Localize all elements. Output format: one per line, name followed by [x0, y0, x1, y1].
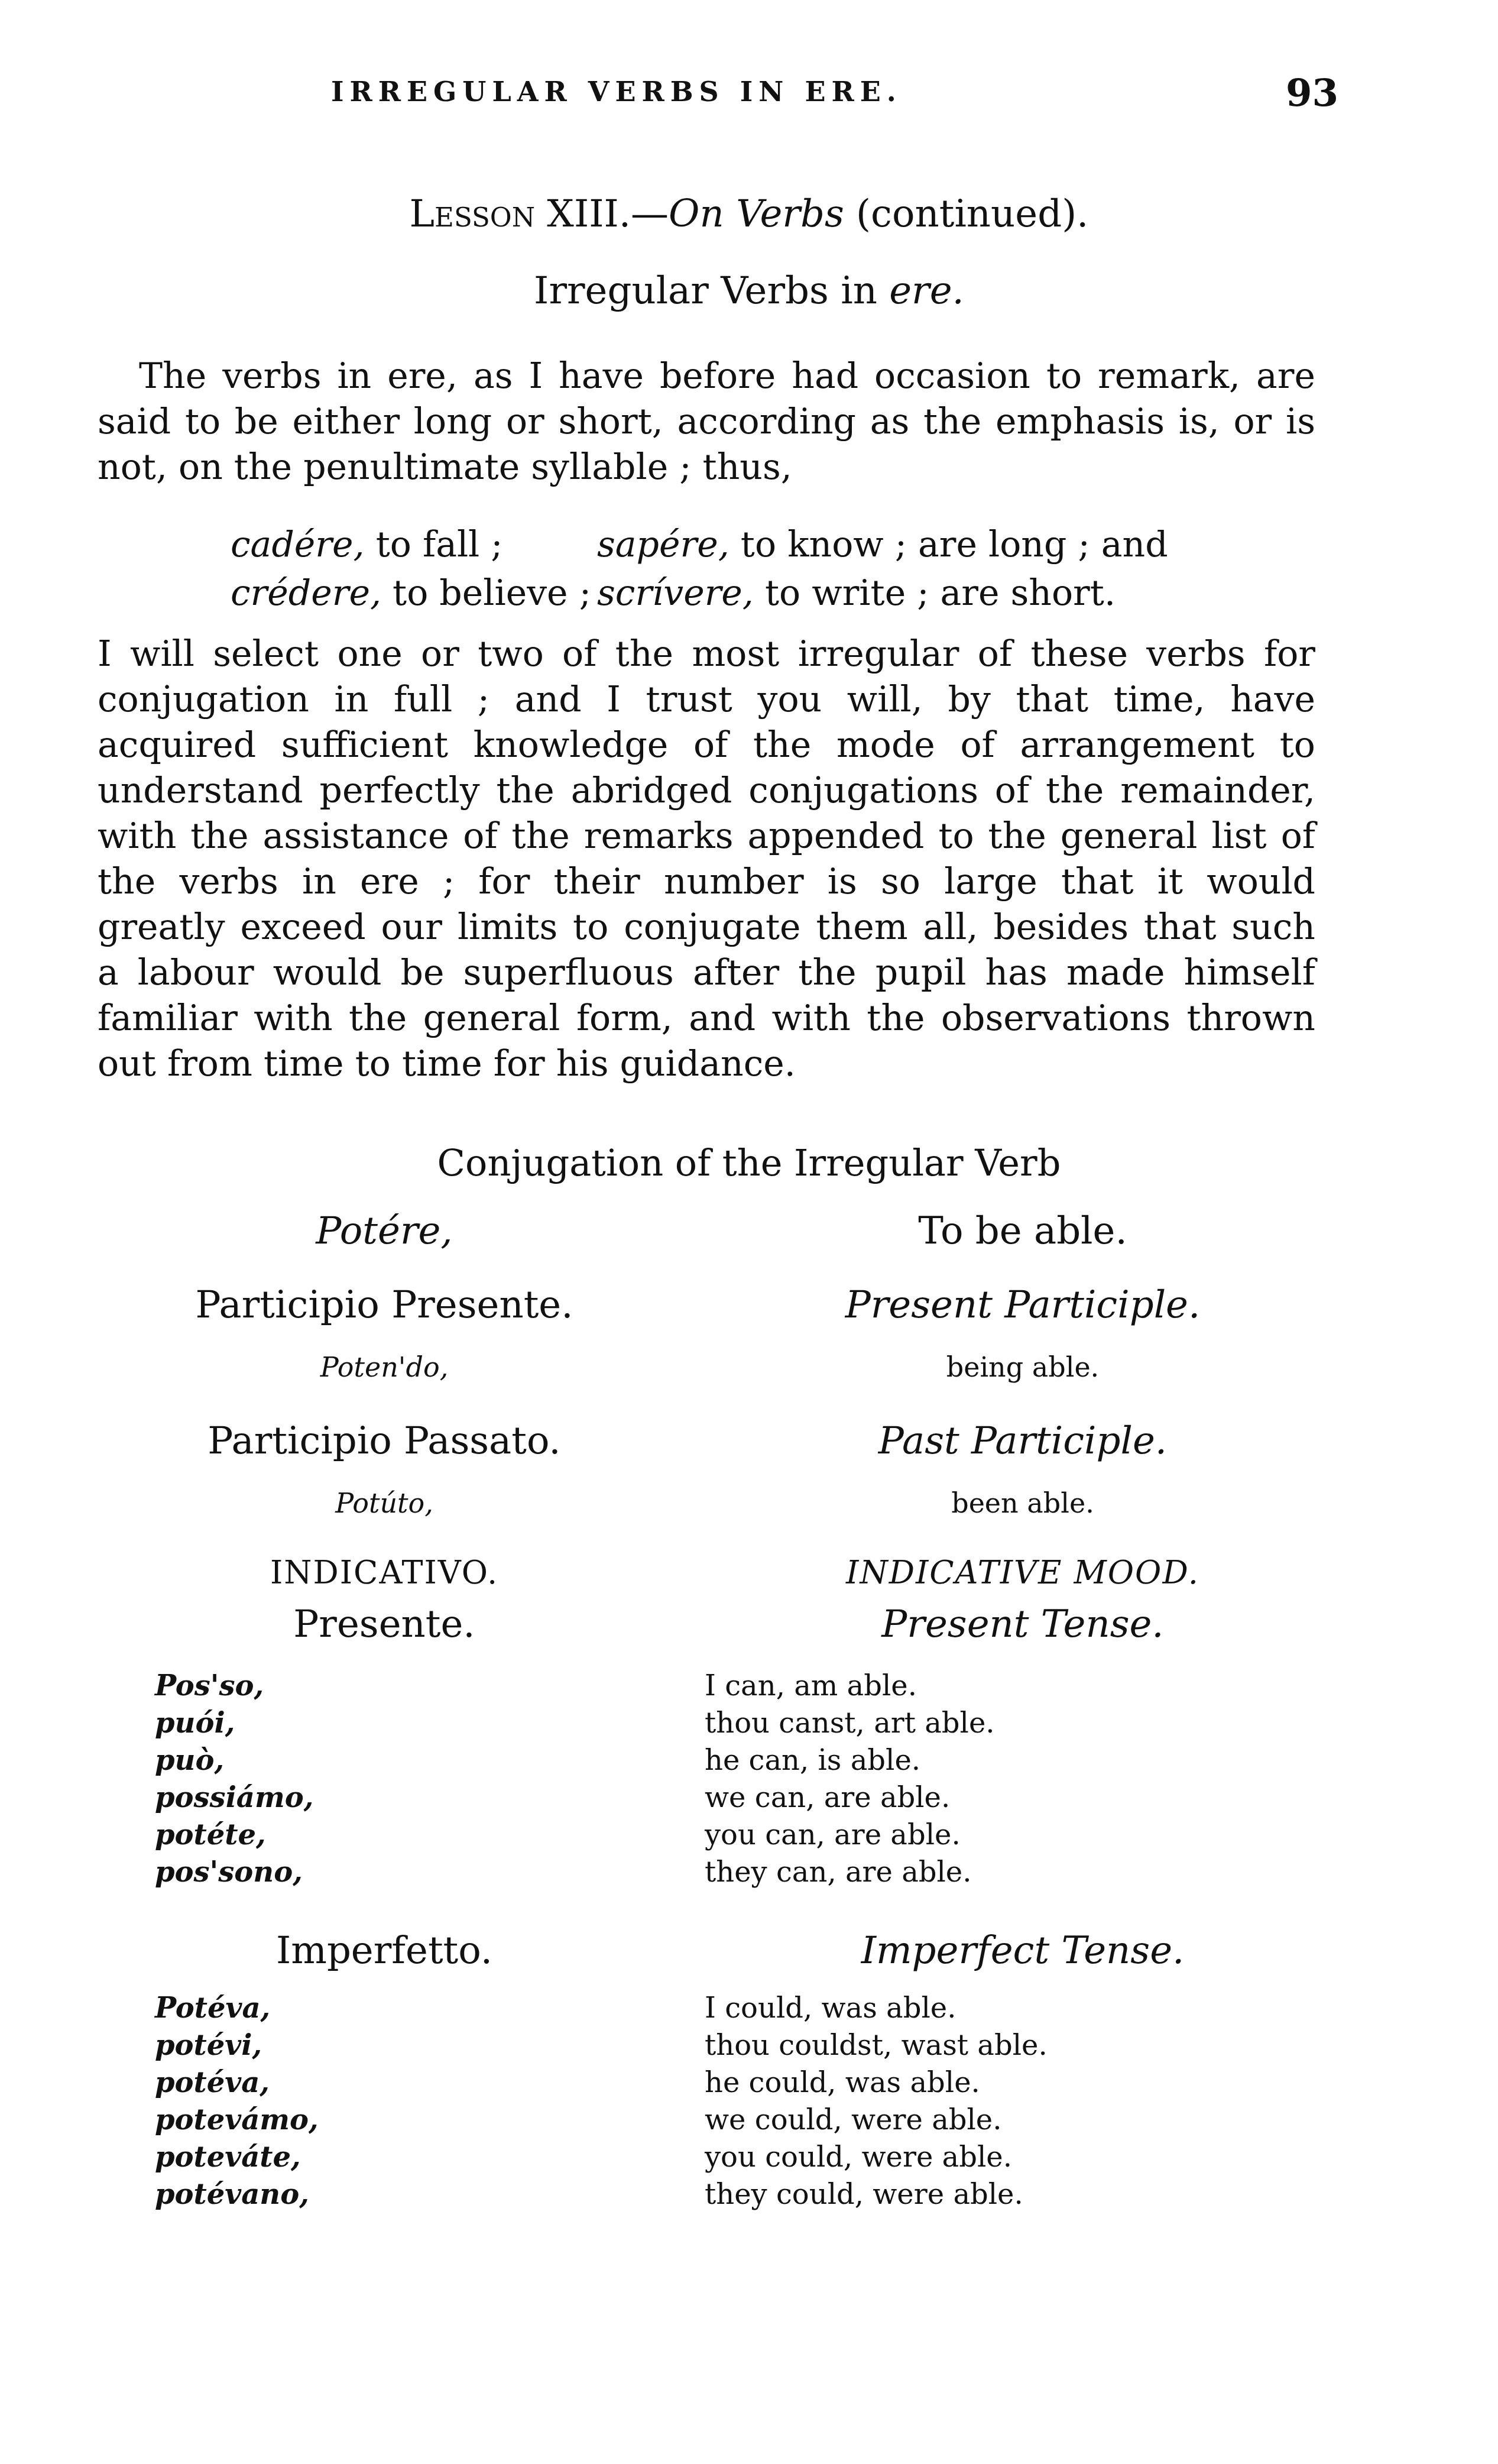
verb-form: puói, — [155, 1705, 313, 1742]
paragraph-line: The verbs in ere, as I have before had o… — [98, 354, 1315, 399]
lesson-continued: (continued). — [844, 192, 1089, 236]
intro-paragraph: The verbs in ere, as I have before had o… — [98, 354, 1315, 490]
imperfect-tense-label-it: Imperfetto. — [59, 1929, 709, 1973]
page-number: 93 — [1286, 71, 1338, 115]
verb-form: poteváte, — [155, 2139, 319, 2176]
translation: thou couldst, wast able. — [705, 2027, 1048, 2064]
translation: we can, are able. — [705, 1779, 995, 1817]
paragraph-line: said to be either long or short, accordi… — [98, 399, 1315, 445]
lesson-number: XIII. — [547, 192, 631, 236]
paragraph-line: not, on the penultimate syllable ; thus, — [98, 445, 1315, 490]
infinitive-italian: Potére, — [59, 1209, 709, 1253]
paragraph-line: understand perfectly the abridged conjug… — [98, 768, 1315, 814]
paragraph-line: familiar with the general form, and with… — [98, 996, 1315, 1041]
translation: you can, are able. — [705, 1817, 995, 1854]
verb-form: potévi, — [155, 2027, 319, 2064]
paragraph-line: acquired sufficient knowledge of the mod… — [98, 723, 1315, 768]
book-page: Irregular Verbs in ere. 93 Lesson XIII.—… — [0, 0, 1498, 2464]
example-verb: sapére, — [597, 524, 729, 565]
translation: they could, were able. — [705, 2176, 1048, 2213]
lesson-topic: On Verbs — [669, 192, 844, 236]
past-participle-label-en: Past Participle. — [698, 1419, 1348, 1463]
example-row: cadére, to fall ; sapére, to know ; are … — [231, 520, 1168, 569]
verb-form: Pos'so, — [155, 1668, 313, 1705]
example-row: crédere, to believe ; scrívere, to write… — [231, 569, 1168, 617]
lesson-dash: — — [631, 192, 669, 236]
translation: thou canst, art able. — [705, 1705, 995, 1742]
translation: I could, was able. — [705, 1990, 1048, 2027]
verb-form: può, — [155, 1742, 313, 1779]
verb-examples: cadére, to fall ; sapére, to know ; are … — [231, 520, 1168, 617]
translation: we could, were able. — [705, 2102, 1048, 2139]
present-participle-label-it: Participio Presente. — [59, 1283, 709, 1327]
past-participle-form-it: Potúto, — [59, 1487, 709, 1519]
verb-form: possiámo, — [155, 1779, 313, 1817]
verb-form: potéte, — [155, 1817, 313, 1854]
subtitle-italic: ere. — [889, 269, 964, 313]
verb-form: potévano, — [155, 2176, 319, 2213]
verb-form: potéva, — [155, 2064, 319, 2102]
example-gloss: to write ; are short. — [754, 572, 1116, 614]
section-subtitle: Irregular Verbs in ere. — [0, 269, 1498, 313]
present-forms-english: I can, am able. thou canst, art able. he… — [705, 1668, 995, 1891]
translation: you could, were able. — [705, 2139, 1048, 2176]
imperfect-forms-italian: Potéva, potévi, potéva, potevámo, potevá… — [155, 1990, 319, 2213]
mood-label-it: INDICATIVO. — [59, 1554, 709, 1591]
subtitle-text: Irregular Verbs in — [534, 269, 889, 313]
translation: they can, are able. — [705, 1854, 995, 1891]
translation: he could, was able. — [705, 2064, 1048, 2102]
example-gloss: to fall ; — [365, 524, 503, 565]
example-gloss: to know ; are long ; and — [729, 524, 1168, 565]
past-participle-form-en: been able. — [698, 1487, 1348, 1519]
translation: I can, am able. — [705, 1668, 995, 1705]
present-participle-label-en: Present Participle. — [698, 1283, 1348, 1327]
paragraph-line: greatly exceed our limits to conjugate t… — [98, 905, 1315, 950]
verb-form: pos'sono, — [155, 1854, 313, 1891]
paragraph-line: with the assistance of the remarks appen… — [98, 814, 1315, 859]
past-participle-label-it: Participio Passato. — [59, 1419, 709, 1463]
imperfect-forms-english: I could, was able. thou couldst, wast ab… — [705, 1990, 1048, 2213]
present-forms-italian: Pos'so, puói, può, possiámo, potéte, pos… — [155, 1668, 313, 1891]
imperfect-tense-label-en: Imperfect Tense. — [698, 1929, 1348, 1973]
example-gloss: to believe ; — [381, 572, 591, 614]
paragraph-line: conjugation in full ; and I trust you wi… — [98, 677, 1315, 723]
running-head: Irregular Verbs in ere. — [331, 76, 1336, 108]
translation: he can, is able. — [705, 1742, 995, 1779]
example-verb: cadére, — [231, 524, 365, 565]
lesson-title: Lesson XIII.—On Verbs (continued). — [0, 192, 1498, 236]
main-paragraph: I will select one or two of the most irr… — [98, 632, 1315, 1087]
verb-form: Potéva, — [155, 1990, 319, 2027]
infinitive-english: To be able. — [698, 1209, 1348, 1253]
present-participle-form-it: Poten'do, — [59, 1351, 709, 1383]
paragraph-line: out from time to time for his guidance. — [98, 1041, 1315, 1087]
lesson-label: Lesson — [410, 192, 535, 236]
verb-form: potevámo, — [155, 2102, 319, 2139]
present-tense-label-it: Presente. — [59, 1602, 709, 1646]
paragraph-line: a labour would be superfluous after the … — [98, 950, 1315, 996]
conjugation-heading: Conjugation of the Irregular Verb — [0, 1141, 1498, 1184]
present-tense-label-en: Present Tense. — [698, 1602, 1348, 1646]
paragraph-line: the verbs in ere ; for their number is s… — [98, 859, 1315, 905]
example-verb: crédere, — [231, 572, 381, 614]
present-participle-form-en: being able. — [698, 1351, 1348, 1383]
mood-label-en: INDICATIVE MOOD. — [698, 1554, 1348, 1591]
example-verb: scrívere, — [597, 572, 754, 614]
paragraph-line: I will select one or two of the most irr… — [98, 632, 1315, 677]
